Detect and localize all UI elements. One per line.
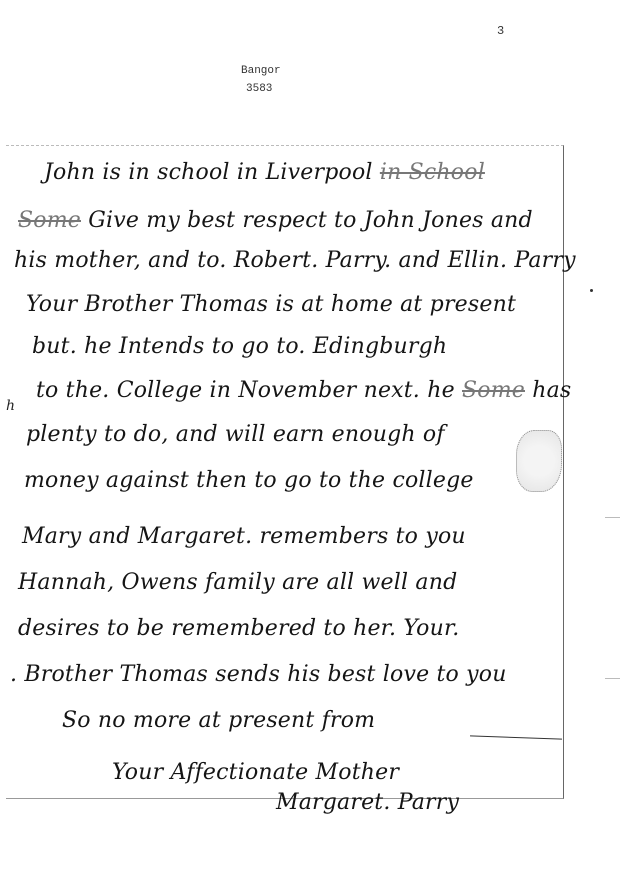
letter-line-6: to the. College in November next. he Som… (36, 378, 571, 403)
valediction: Your Affectionate Mother (112, 760, 399, 785)
archive-reference: 3583 (241, 80, 281, 98)
ink-dot (590, 289, 593, 292)
archive-label: Bangor 3583 (241, 62, 281, 98)
edge-mark (605, 678, 620, 679)
archive-name: Bangor (241, 65, 281, 77)
page-number: 3 (497, 24, 504, 38)
line-text: John is in school in Liverpool (44, 160, 373, 185)
letter-line-12: . Brother Thomas sends his best love to … (10, 662, 507, 687)
letter-line-8: money against then to go to the college (24, 468, 474, 493)
letter-line-11: desires to be remembered to her. Your. (18, 616, 460, 641)
edge-mark (605, 517, 620, 518)
letter-line-4: Your Brother Thomas is at home at presen… (26, 292, 516, 317)
letter-line-7: plenty to do, and will earn enough of (26, 422, 445, 447)
paper-stain (516, 430, 562, 492)
letter-line-1: John is in school in Liverpool in School (44, 160, 485, 185)
signature: Margaret. Parry (276, 790, 459, 815)
line-text: has (532, 378, 571, 403)
struck-text: in School (380, 160, 485, 185)
letter-line-2: Some Give my best respect to John Jones … (18, 208, 533, 233)
struck-text: Some (462, 378, 525, 403)
struck-text: Some (18, 208, 81, 233)
letter-line-5: but. he Intends to go to. Edingburgh (32, 334, 447, 359)
letter-line-3: his mother, and to. Robert. Parry. and E… (14, 248, 576, 273)
letter-line-9: Mary and Margaret. remembers to you (22, 524, 466, 549)
line-text: to the. College in November next. he (36, 378, 455, 403)
closing-phrase: So no more at present from (62, 708, 375, 733)
letter-line-10: Hannah, Owens family are all well and (18, 570, 457, 595)
line-text: Give my best respect to John Jones and (88, 208, 533, 233)
margin-note: h (6, 398, 15, 414)
